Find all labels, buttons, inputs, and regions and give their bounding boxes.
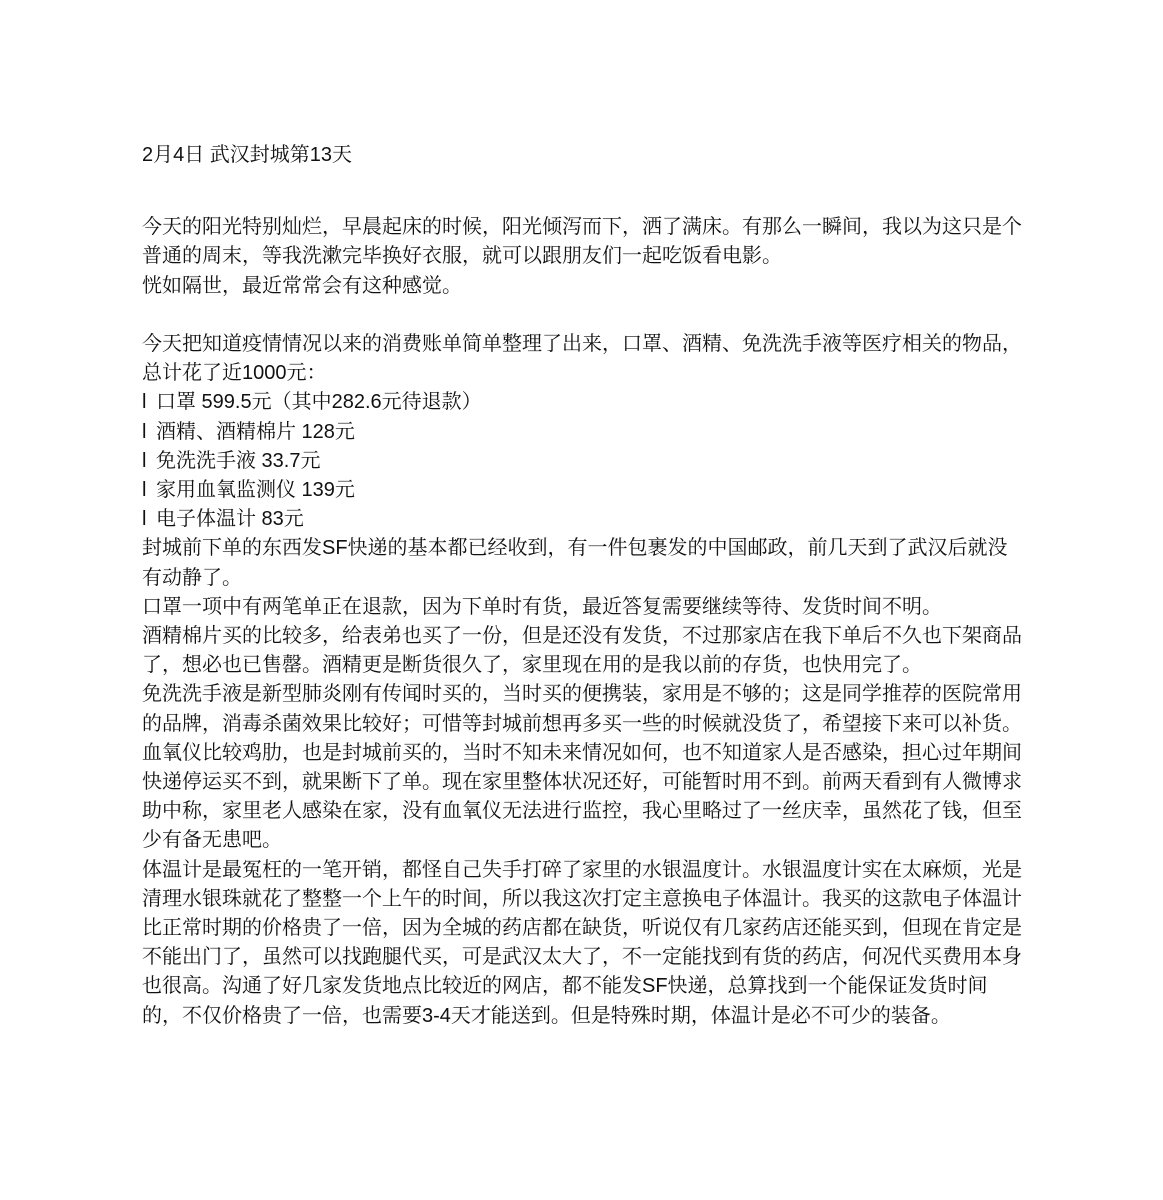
list-item-text: 电子体温计 83元 [156, 508, 304, 530]
list-item-text: 家用血氧监测仪 139元 [156, 479, 355, 501]
body-paragraph: 酒精棉片买的比较多，给表弟也买了一份，但是还没有发货，不过那家店在我下单后不久也… [142, 622, 1027, 680]
summary-paragraph: 今天把知道疫情情况以来的消费账单简单整理了出来，口罩、酒精、免洗洗手液等医疗相关… [142, 330, 1027, 388]
body-paragraph: 血氧仪比较鸡肋，也是封城前买的，当时不知未来情况如何，也不知道家人是否感染，担心… [142, 739, 1027, 856]
body-paragraph: 体温计是最冤枉的一笔开销，都怪自己失手打碎了家里的水银温度计。水银温度计实在太麻… [142, 856, 1027, 1031]
list-item-text: 口罩 599.5元（其中282.6元待退款） [156, 391, 482, 413]
list-item: l免洗洗手液 33.7元 [142, 447, 1027, 476]
body-paragraph: 免洗洗手液是新型肺炎刚有传闻时买的，当时买的便携装，家用是不够的；这是同学推荐的… [142, 680, 1027, 738]
spacer [142, 301, 1027, 330]
list-item: l酒精、酒精棉片 128元 [142, 418, 1027, 447]
bullet-icon: l [142, 418, 156, 447]
list-item: l口罩 599.5元（其中282.6元待退款） [142, 388, 1027, 417]
list-item: l家用血氧监测仪 139元 [142, 476, 1027, 505]
list-item-text: 酒精、酒精棉片 128元 [156, 421, 355, 443]
bullet-icon: l [142, 447, 156, 476]
body-paragraph: 封城前下单的东西发SF快递的基本都已经收到，有一件包裹发的中国邮政，前几天到了武… [142, 534, 1027, 592]
document-page: 2月4日 武汉封城第13天 今天的阳光特别灿烂，早晨起床的时候，阳光倾泻而下，洒… [142, 141, 1027, 1031]
list-item: l电子体温计 83元 [142, 505, 1027, 534]
intro-paragraph: 恍如隔世，最近常常会有这种感觉。 [142, 272, 1027, 301]
list-item-text: 免洗洗手液 33.7元 [156, 450, 320, 472]
body-paragraph: 口罩一项中有两笔单正在退款，因为下单时有货，最近答复需要继续等待、发货时间不明。 [142, 593, 1027, 622]
bullet-icon: l [142, 505, 156, 534]
bullet-icon: l [142, 476, 156, 505]
intro-paragraph: 今天的阳光特别灿烂，早晨起床的时候，阳光倾泻而下，洒了满床。有那么一瞬间，我以为… [142, 213, 1027, 271]
bullet-icon: l [142, 388, 156, 417]
spacer [142, 199, 1027, 213]
spacer [142, 170, 1027, 199]
document-title: 2月4日 武汉封城第13天 [142, 141, 1027, 170]
